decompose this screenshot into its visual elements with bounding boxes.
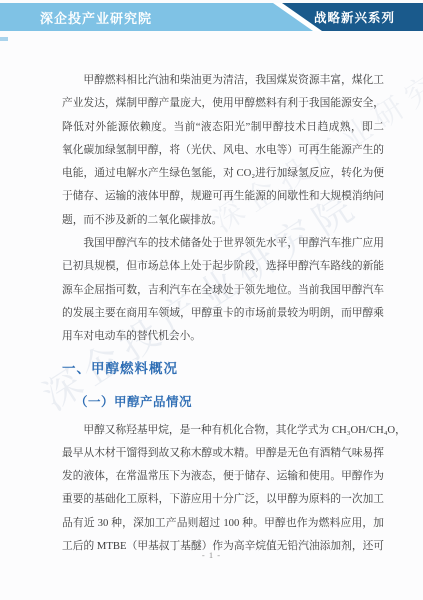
page-number: - 1 - bbox=[0, 550, 423, 560]
paragraph-line: 甲醇又称羟基甲烷，是一种有机化合物，其化学式为 CH₃OH/CH₄O， bbox=[62, 419, 384, 442]
paragraph-line: 品有近 30 种，深加工产品则超过 100 种。甲醇也作为燃料应用，加 bbox=[62, 512, 384, 535]
header-edge-mark bbox=[0, 37, 8, 41]
paragraph-line: 题，而不涉及新的二氧化碳排放。 bbox=[62, 209, 384, 232]
paragraph-line: 的发展主要在商用车领域，甲醇重卡的市场前景较为明朗，而甲醇乘 bbox=[62, 302, 384, 325]
paragraph-2: 我国甲醇汽车的技术储备处于世界领先水平，甲醇汽车推广应用 已初具规模，但市场总体… bbox=[62, 232, 384, 348]
paragraph-line: 产业发达，煤制甲醇产量庞大，使用甲醇燃料有利于我国能源安全， bbox=[62, 92, 384, 115]
header-series-title: 战略新兴系列 bbox=[314, 3, 395, 31]
paragraph-line: 用车对电动车的替代机会小。 bbox=[62, 325, 384, 348]
subsection-heading: （一）甲醇产品情况 bbox=[62, 392, 384, 412]
paragraph-line: 发的液体，在常温常压下为液态，便于储存、运输和使用。甲醇作为 bbox=[62, 465, 384, 488]
paragraph-line: 电能，通过电解水产生绿色氢能，对 CO₂进行加绿氢反应，转化为便 bbox=[62, 162, 384, 185]
paragraph-line: 最早从木材干馏得到故又称木醇或木精。甲醇是无色有酒精气味易挥 bbox=[62, 442, 384, 465]
document-body: 甲醇燃料相比汽油和柴油更为清洁，我国煤炭资源丰富，煤化工 产业发达，煤制甲醇产量… bbox=[62, 69, 384, 558]
section-heading: 一、甲醇燃料概况 bbox=[62, 358, 384, 380]
header-org-title: 深企投产业研究院 bbox=[40, 3, 152, 31]
paragraph-line: 降低对外能源依赖度。当前“液态阳光”制甲醇技术日趋成熟，即二 bbox=[62, 116, 384, 139]
paragraph-line: 重要的基础化工原料，下游应用十分广泛，以甲醇为原料的一次加工 bbox=[62, 488, 384, 511]
paragraph-line: 氧化碳加绿氢制甲醇，将（光伏、风电、水电等）可再生能源产生的 bbox=[62, 139, 384, 162]
paragraph-line: 甲醇燃料相比汽油和柴油更为清洁，我国煤炭资源丰富，煤化工 bbox=[62, 69, 384, 92]
paragraph-1: 甲醇燃料相比汽油和柴油更为清洁，我国煤炭资源丰富，煤化工 产业发达，煤制甲醇产量… bbox=[62, 69, 384, 232]
paragraph-line: 我国甲醇汽车的技术储备处于世界领先水平，甲醇汽车推广应用 bbox=[62, 232, 384, 255]
paragraph-line: 源车企屈指可数，吉利汽车在全球处于领先地位。当前我国甲醇汽车 bbox=[62, 279, 384, 302]
report-header: 深企投产业研究院 战略新兴系列 bbox=[0, 3, 423, 31]
report-page: 深企投产业研究院 战略新兴系列 深企投产业研究院 深企投产业研究院 甲醇燃料相比… bbox=[0, 0, 423, 600]
paragraph-line: 于储存、运输的液体甲醇，规避可再生能源的间歇性和大规模消纳问 bbox=[62, 185, 384, 208]
paragraph-3: 甲醇又称羟基甲烷，是一种有机化合物，其化学式为 CH₃OH/CH₄O， 最早从木… bbox=[62, 419, 384, 559]
paragraph-line: 已初具规模，但市场总体上处于起步阶段，选择甲醇汽车路线的新能 bbox=[62, 255, 384, 278]
